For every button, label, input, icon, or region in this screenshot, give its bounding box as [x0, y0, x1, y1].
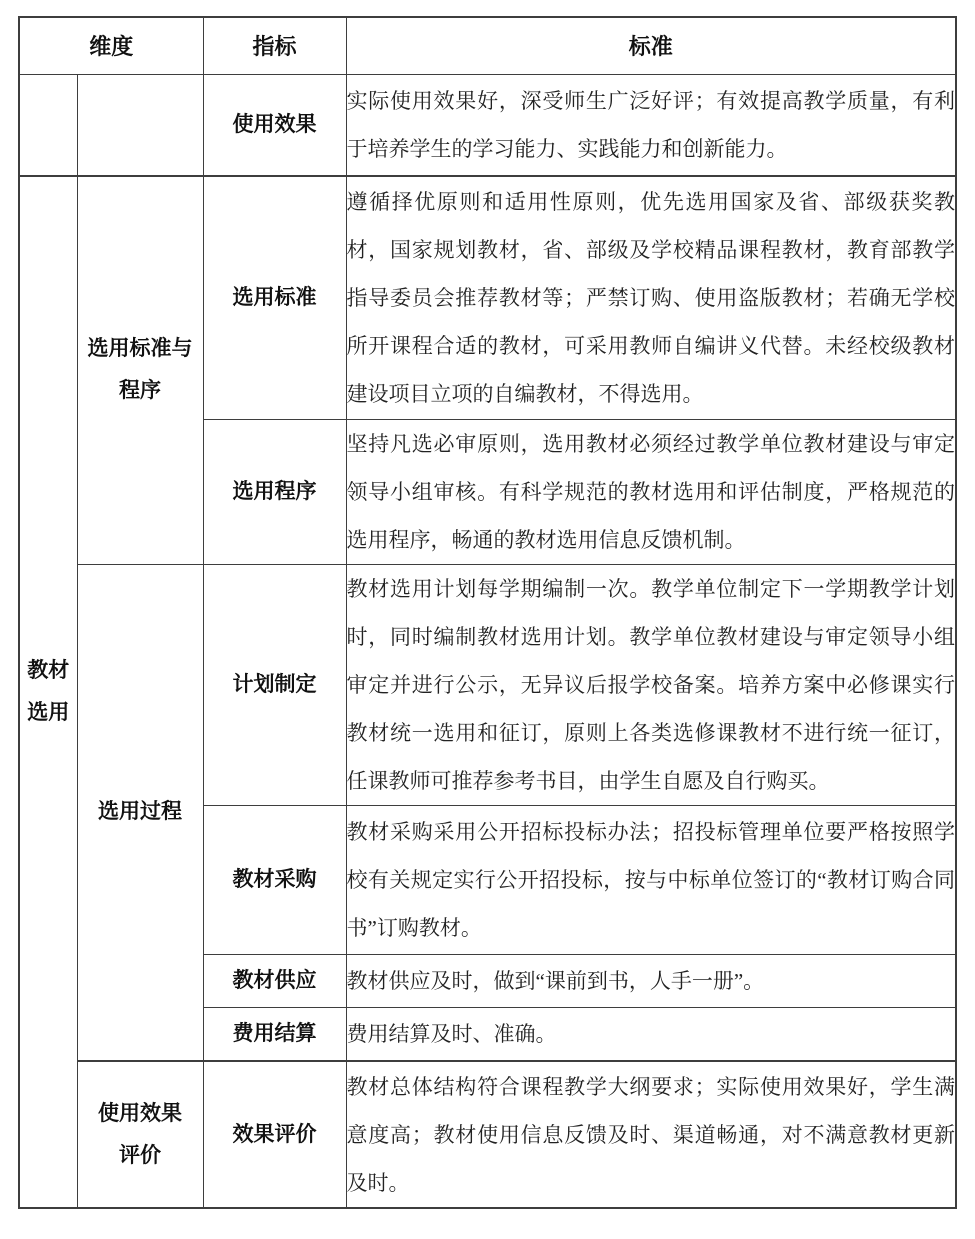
indicator-cell: 选用程序 — [203, 419, 346, 564]
dimension-cell: 教材 选用 — [19, 176, 77, 1208]
indicator-cell: 计划制定 — [203, 564, 346, 805]
indicator-cell: 教材供应 — [203, 954, 346, 1007]
indicator-cell: 使用效果 — [203, 74, 346, 176]
table-header-row: 维度 指标 标准 — [19, 17, 956, 74]
header-cell-standard: 标准 — [346, 17, 956, 74]
standard-cell: 遵循择优原则和适用性原则，优先选用国家及省、部级获奖教材，国家规划教材，省、部级… — [346, 176, 956, 419]
subdimension-cell: 选用过程 — [77, 564, 203, 1061]
standard-cell: 教材供应及时，做到“课前到书，人手一册”。 — [346, 954, 956, 1007]
standard-cell: 坚持凡选必审原则，选用教材必须经过教学单位教材建设与审定领导小组审核。有科学规范… — [346, 419, 956, 564]
table-row: 使用效果 评价 效果评价 教材总体结构符合课程教学大纲要求；实际使用效果好，学生… — [19, 1061, 956, 1208]
indicator-cell: 选用标准 — [203, 176, 346, 419]
empty-dimension-cell — [19, 74, 77, 176]
indicator-cell: 教材采购 — [203, 805, 346, 954]
table-row: 使用效果 实际使用效果好，深受师生广泛好评；有效提高教学质量，有利于培养学生的学… — [19, 74, 956, 176]
textbook-selection-evaluation-table: 维度 指标 标准 使用效果 实际使用效果好，深受师生广泛好评；有效提高教学质量，… — [18, 16, 957, 1209]
subdimension-cell: 使用效果 评价 — [77, 1061, 203, 1208]
empty-subdimension-cell — [77, 74, 203, 176]
table-row: 选用过程 计划制定 教材选用计划每学期编制一次。教学单位制定下一学期教学计划时，… — [19, 564, 956, 805]
standard-cell: 教材总体结构符合课程教学大纲要求；实际使用效果好，学生满意度高；教材使用信息反馈… — [346, 1061, 956, 1208]
document-page: 维度 指标 标准 使用效果 实际使用效果好，深受师生广泛好评；有效提高教学质量，… — [0, 0, 975, 1239]
header-cell-dimension: 维度 — [19, 17, 203, 74]
subdimension-cell: 选用标准与 程序 — [77, 176, 203, 564]
standard-cell: 教材选用计划每学期编制一次。教学单位制定下一学期教学计划时，同时编制教材选用计划… — [346, 564, 956, 805]
header-cell-indicator: 指标 — [203, 17, 346, 74]
table-row: 教材 选用 选用标准与 程序 选用标准 遵循择优原则和适用性原则，优先选用国家及… — [19, 176, 956, 419]
standard-cell: 费用结算及时、准确。 — [346, 1007, 956, 1061]
indicator-cell: 费用结算 — [203, 1007, 346, 1061]
indicator-cell: 效果评价 — [203, 1061, 346, 1208]
standard-cell: 教材采购采用公开招标投标办法；招投标管理单位要严格按照学校有关规定实行公开招投标… — [346, 805, 956, 954]
standard-cell: 实际使用效果好，深受师生广泛好评；有效提高教学质量，有利于培养学生的学习能力、实… — [346, 74, 956, 176]
